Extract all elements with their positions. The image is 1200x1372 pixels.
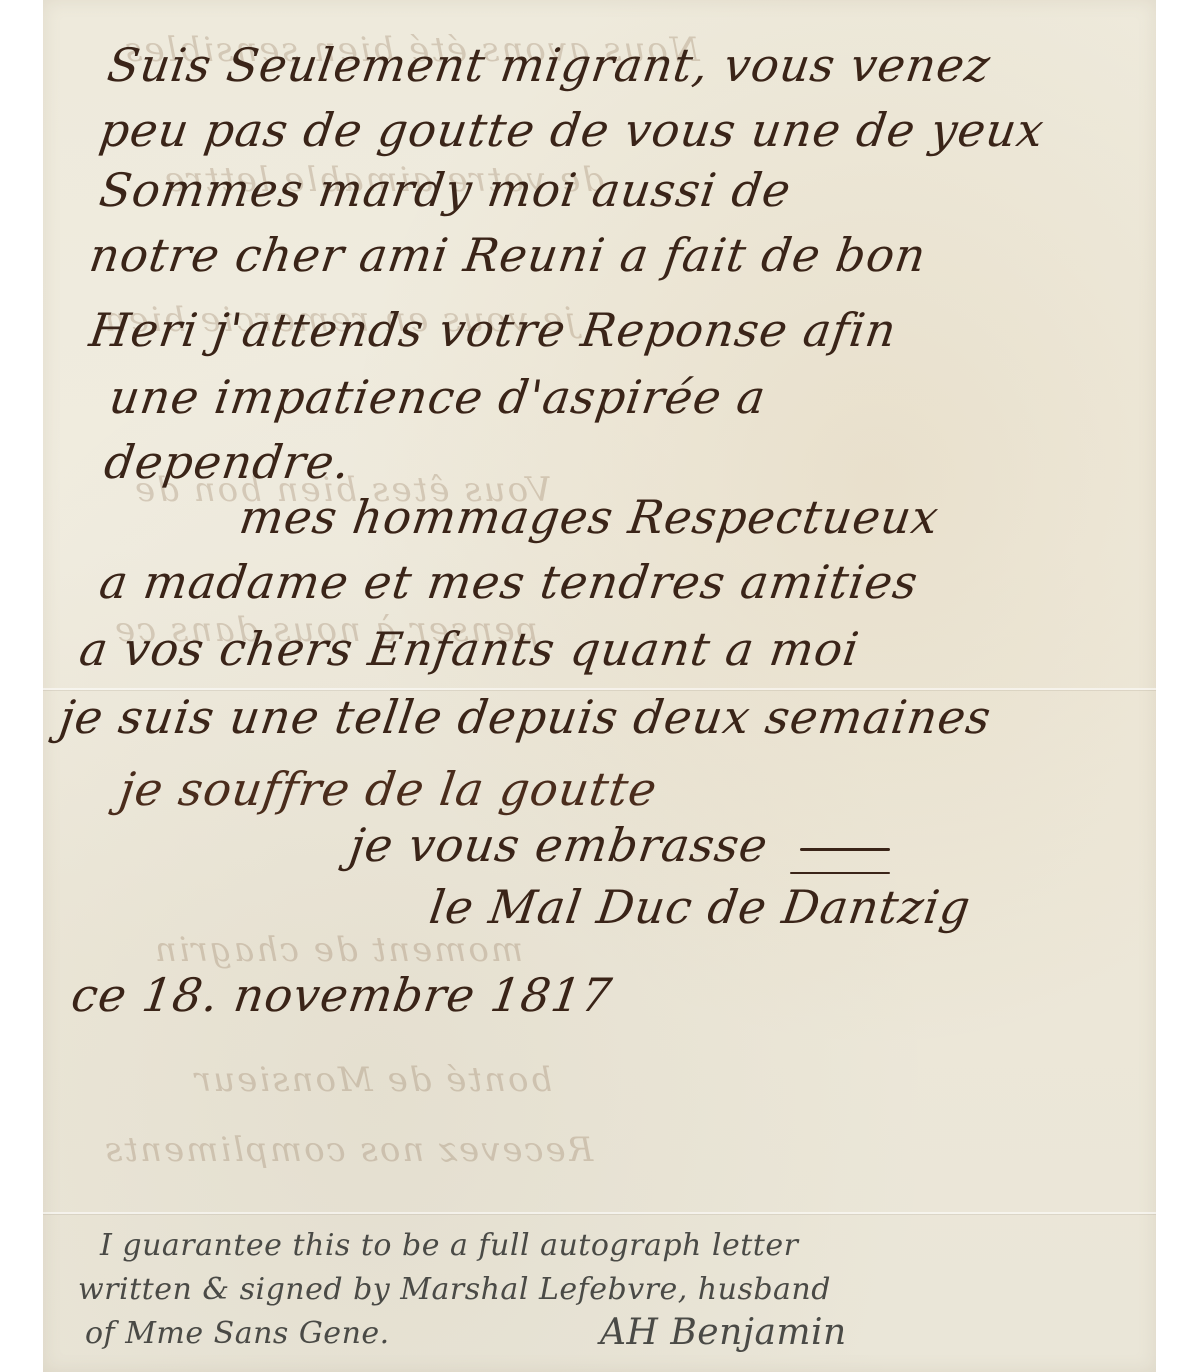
letter-line: Sommes mardy moi aussi de [96, 163, 794, 217]
salutation: je vous embrasse [346, 818, 771, 872]
bleed-text: Recevez nos compliments [103, 1130, 593, 1170]
closing-line: je souffre de la goutte [116, 762, 661, 816]
authentication-note-line: I guarantee this to be a full autograph … [100, 1228, 798, 1263]
closing-line: je suis une telle depuis deux semaines [56, 690, 995, 744]
authentication-note-line: of Mme Sans Gene. [85, 1316, 390, 1351]
signature: le Mal Duc de Dantzig [426, 880, 974, 934]
bleed-text: moment de chagrin [153, 930, 523, 970]
signature-flourish [790, 872, 890, 874]
letter-date: ce 18. novembre 1817 [68, 968, 615, 1022]
letter-line: Suis Seulement migrant, vous venez [104, 38, 994, 92]
closing-line: mes hommages Respectueux [236, 490, 942, 544]
letter-line: dependre. [101, 435, 354, 489]
closing-line: a vos chers Enfants quant a moi [76, 622, 863, 676]
letter-line: notre cher ami Reuni a fait de bon [86, 228, 930, 282]
letter-line: une impatience d'aspirée a [106, 370, 769, 424]
closing-line: a madame et mes tendres amities [96, 555, 921, 609]
signature-flourish [800, 848, 890, 851]
authentication-note-line: written & signed by Marshal Lefebvre, hu… [78, 1272, 831, 1307]
authentication-signature: AH Benjamin [600, 1312, 847, 1353]
letter-line: Heri j'attends votre Reponse afin [86, 303, 900, 357]
bleed-text: bonté de Monsieur [193, 1060, 552, 1100]
letter-line: peu pas de goutte de vous une de yeux [96, 103, 1047, 157]
